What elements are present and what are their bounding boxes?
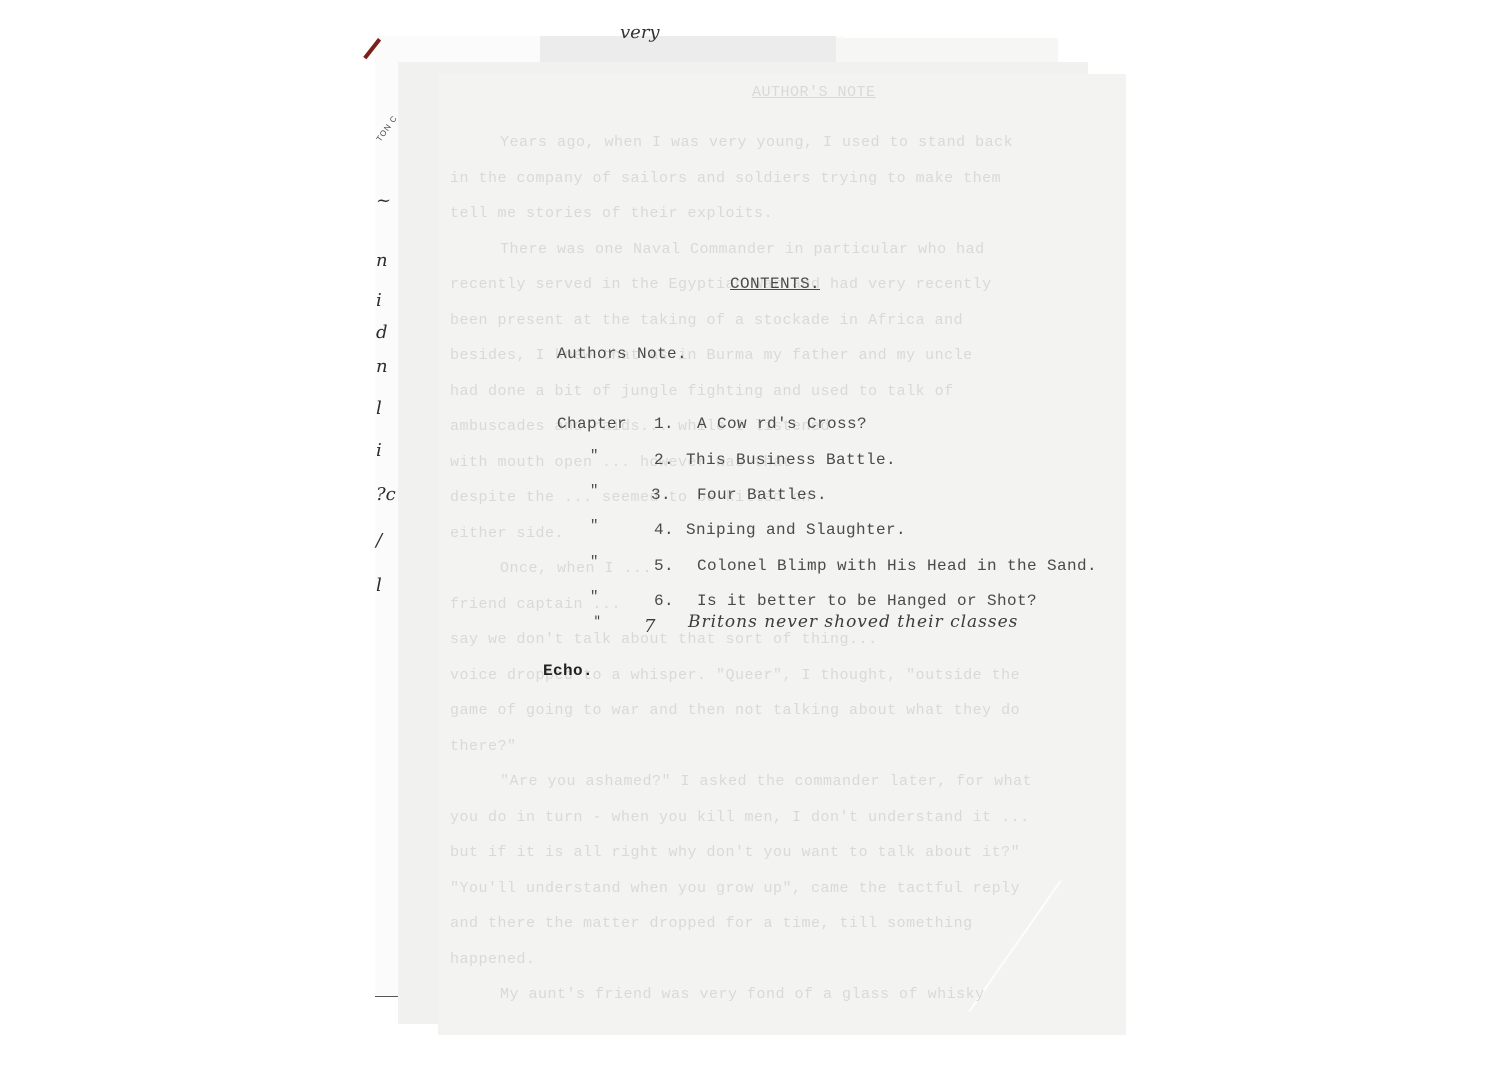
show-through-line: and there the matter dropped for a time,… [450,915,973,932]
show-through-line: but if it is all right why don't you wan… [450,844,1020,861]
handwritten-chapter-number: 7 [644,616,656,637]
show-through-line: had done a bit of jungle fighting and us… [450,383,954,400]
chapter-title: Is it better to be Hanged or Shot? [697,592,1037,610]
chapter-title: Colonel Blimp with His Head in the Sand. [697,557,1097,575]
ditto-mark: " [590,589,598,605]
show-through-line: Once, when I ... [500,560,652,577]
contents-entry-echo: Echo. [543,662,593,680]
back-sheet-top-handwriting: very [620,22,660,43]
show-through-line: Years ago, when I was very young, I used… [500,134,1013,151]
margin-scribble: ?c [376,484,396,505]
margin-scribble: l [376,575,382,596]
ditto-mark: " [590,448,598,464]
margin-scribble: d [376,322,388,343]
chapter-number: 1. [654,415,674,433]
contents-title: CONTENTS. [730,275,820,293]
show-through-line: recently served in the Egyptian War and … [450,276,992,293]
show-through-line: tell me stories of their exploits. [450,205,773,222]
show-through-line: voice dropped to a whisper. "Queer", I t… [450,667,1020,684]
chapter-title: Sniping and Slaughter. [686,521,906,539]
show-through-line: "Are you ashamed?" I asked the commander… [500,773,1032,790]
show-through-line: game of going to war and then not talkin… [450,702,1020,719]
ditto-mark: " [590,554,598,570]
margin-scribble: i [376,290,382,311]
margin-scribble: ~ [376,190,391,211]
ditto-mark: " [590,483,598,499]
contents-entry-authors-note: Authors Note. [557,345,687,363]
show-through-line: My aunt's friend was very fond of a glas… [500,986,985,1003]
show-through-line: you do in turn - when you kill men, I do… [450,809,1030,826]
handwritten-ditto: " [594,614,601,630]
chapter-number: 3. [651,486,671,504]
margin-scribble: i [376,440,382,461]
show-through-line: say we don't talk about that sort of thi… [450,631,878,648]
chapter-prefix: Chapter [557,415,627,433]
ditto-mark: " [590,518,598,534]
chapter-title: This Business Battle. [686,451,896,469]
show-through-line: in the company of sailors and soldiers t… [450,170,1001,187]
show-through-line: there?" [450,738,517,755]
show-through-line: "You'll understand when you grow up", ca… [450,880,1020,897]
margin-scribble: n [376,250,388,271]
show-through-line: either side. [450,525,564,542]
chapter-title: Four Battles. [697,486,827,504]
show-through-line: besides, I knew that as in Burma my fath… [450,347,973,364]
chapter-number: 2. [654,451,674,469]
margin-scribble: l [376,398,382,419]
show-through-line: been present at the taking of a stockade… [450,312,963,329]
margin-scribble: / [376,530,382,551]
chapter-number: 4. [654,521,674,539]
handwritten-chapter-title: Britons never shoved their classes [688,612,1018,632]
show-through-line: happened. [450,951,536,968]
chapter-title: A Cow rd's Cross? [697,415,867,433]
show-through-heading: AUTHOR'S NOTE [752,84,876,101]
margin-scribble: n [376,356,388,377]
show-through-line: There was one Naval Commander in particu… [500,241,985,258]
chapter-number: 5. [654,557,674,575]
chapter-number: 6. [654,592,674,610]
